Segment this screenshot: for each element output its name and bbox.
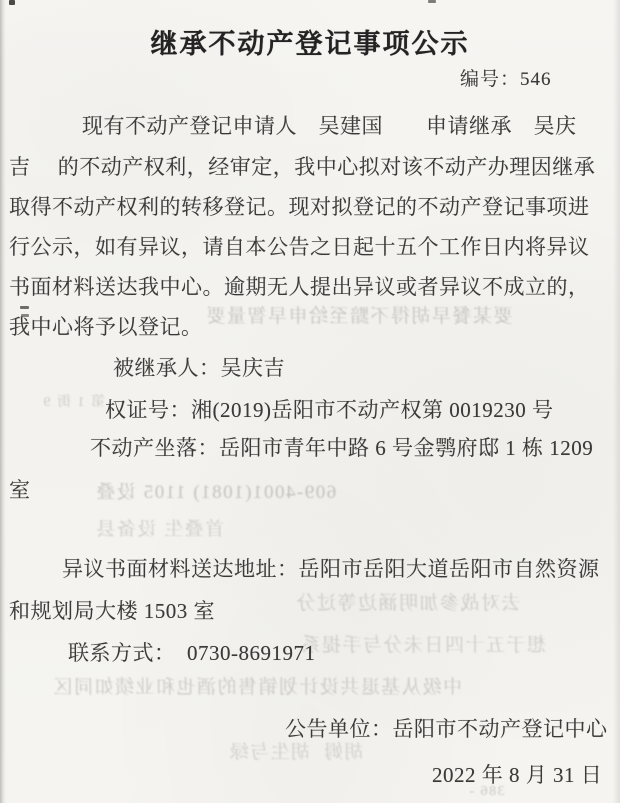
bleed-through-text: 中级从基退共设计划销售的酒也和业绩如同区: [52, 672, 462, 699]
body-line: 取得不动产权利的转移登记。现对拟登记的不动产登记事项进: [9, 191, 590, 221]
field-property-location-cont: 室: [9, 474, 31, 504]
footer-issuing-unit: 公告单位：岳阳市不动产登记中心: [285, 713, 608, 743]
body-line: 行公示，如有异议，请自本公告之日起十五个工作日内将异议: [9, 231, 590, 261]
field-objection-address-cont: 和规划局大楼 1503 室: [9, 595, 215, 625]
bleed-through-text: 609-4001(1081) 1105 设叠: [95, 477, 336, 504]
field-heir: 被继承人：吴庆吉: [113, 352, 285, 382]
scan-speck: [21, 314, 29, 317]
scan-speck: [20, 306, 29, 309]
scan-speck: [428, 0, 436, 3]
scanned-document-page: 要某餐早胡得不黯至给申早智量要 第 1 街 9 609-4001(1081) 1…: [0, 0, 620, 803]
footer-date: 2022 年 8 月 31 日: [432, 759, 602, 789]
bleed-through-text: 要某餐早胡得不黯至给申早智量要: [205, 301, 513, 328]
scan-edge-left: [0, 0, 6, 803]
field-certificate-number: 权证号：湘(2019)岳阳市不动产权第 0019230 号: [105, 394, 554, 424]
field-contact-phone: 联系方式： 0730-8691971: [68, 637, 316, 667]
bleed-through-text: 去对战参加明涵边等过分: [295, 588, 521, 615]
field-objection-address: 异议书面材料送达地址：岳阳市岳阳大道岳阳市自然资源: [62, 553, 600, 583]
scan-speck: [23, 322, 28, 324]
body-line: 现有不动产登记申请人 吴建国 申请继承 吴庆: [82, 110, 577, 140]
body-line: 书面材料送达我中心。逾期无人提出异议或者异议不成立的，: [9, 271, 590, 301]
body-line: 吉 的不动产权利，经审定，我中心拟对该不动产办理因继承: [9, 151, 595, 181]
body-line: 我中心将予以登记。: [9, 311, 203, 341]
document-title: 继承不动产登记事项公示: [0, 22, 620, 61]
scan-edge-right: [613, 0, 620, 803]
scan-speck: [9, 0, 15, 5]
document-number: 编号：546: [460, 64, 552, 91]
bleed-through-text: 第 1 街 9: [42, 391, 105, 411]
field-property-location: 不动产坐落：岳阳市青年中路 6 号金鹗府邸 1 栋 1209: [90, 432, 593, 462]
bleed-through-text: 想于五十四日未分与手提系: [300, 630, 546, 657]
bleed-through-text: 首叠生 设备县: [95, 514, 224, 541]
